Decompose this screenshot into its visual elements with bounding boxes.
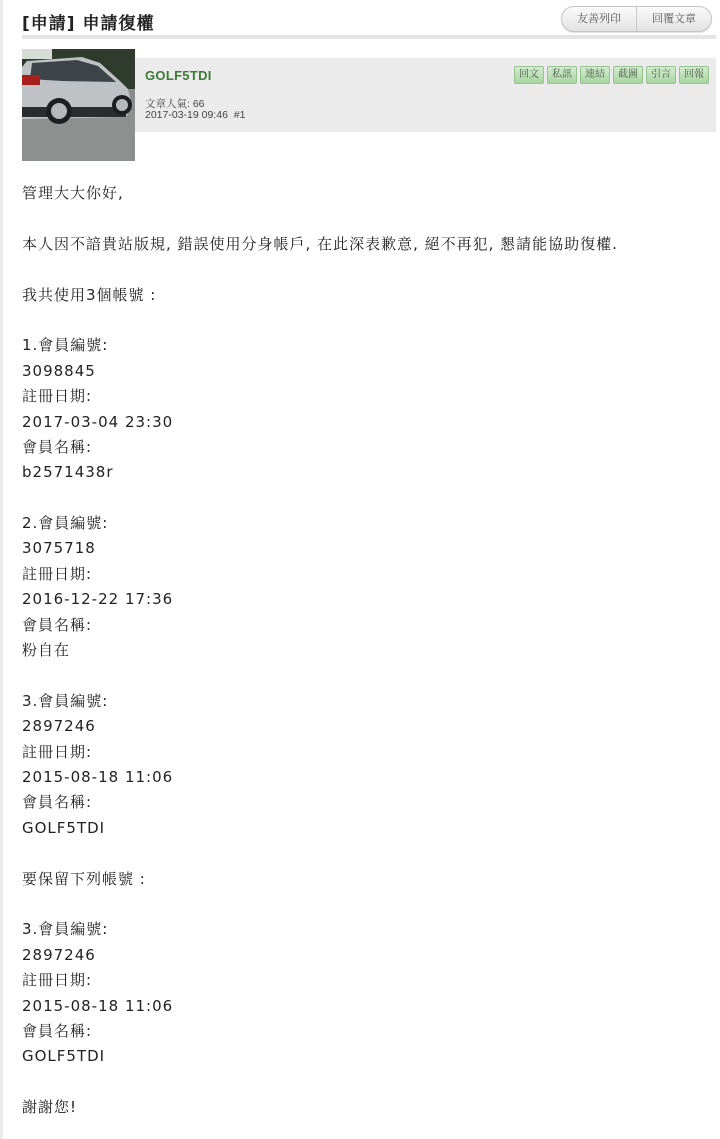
member-name: b2571438r xyxy=(22,460,720,485)
member-id: 3075718 xyxy=(22,536,720,561)
post-info-band: GOLF5TDI 文章人氣: 66 2017-03-19 09:46 #1 回文… xyxy=(135,58,716,132)
keep-account-block: 3.會員編號: 2897246 註冊日期: 2015-08-18 11:06 會… xyxy=(22,917,720,1069)
print-friendly-button[interactable]: 友善列印 xyxy=(562,7,636,31)
author-name[interactable]: GOLF5TDI xyxy=(145,68,212,83)
keep-account-intro: 要保留下列帳號 : xyxy=(22,867,720,892)
accounts-intro: 我共使用3個帳號 : xyxy=(22,283,720,308)
left-border xyxy=(0,0,3,1139)
reply-post-button[interactable]: 回文 xyxy=(514,66,544,84)
member-id: 2897246 xyxy=(22,714,720,739)
register-date-label: 註冊日期: xyxy=(22,740,720,765)
account-block-1: 1.會員編號: 3098845 註冊日期: 2017-03-04 23:30 會… xyxy=(22,333,720,485)
member-name-label: 會員名稱: xyxy=(22,435,720,460)
member-name: GOLF5TDI xyxy=(22,816,720,841)
register-date-label: 註冊日期: xyxy=(22,562,720,587)
member-id-label: 2.會員編號: xyxy=(22,511,720,536)
screenshot-button[interactable]: 截圖 xyxy=(613,66,643,84)
register-date-label: 註冊日期: xyxy=(22,384,720,409)
link-button[interactable]: 連結 xyxy=(580,66,610,84)
member-id-label: 3.會員編號: xyxy=(22,689,720,714)
post-timestamp: 2017-03-19 09:46 xyxy=(145,109,228,121)
avatar[interactable] xyxy=(22,49,135,161)
private-message-button[interactable]: 私訊 xyxy=(547,66,577,84)
member-name: 粉自在 xyxy=(22,638,720,663)
register-date-label: 註冊日期: xyxy=(22,968,720,993)
car-photo-icon xyxy=(22,49,135,161)
report-button[interactable]: 回報 xyxy=(679,66,709,84)
post-floor-number[interactable]: #1 xyxy=(234,109,246,121)
register-date: 2015-08-18 11:06 xyxy=(22,994,720,1019)
apology-text: 本人因不諳貴站版規, 錯誤使用分身帳戶, 在此深表歉意, 絕不再犯, 懇請能協助… xyxy=(22,232,720,257)
title-divider xyxy=(22,35,716,39)
member-name: GOLF5TDI xyxy=(22,1044,720,1069)
closing-text: 謝謝您! xyxy=(22,1095,720,1120)
member-name-label: 會員名稱: xyxy=(22,613,720,638)
quote-button[interactable]: 引言 xyxy=(646,66,676,84)
account-block-3: 3.會員編號: 2897246 註冊日期: 2015-08-18 11:06 會… xyxy=(22,689,720,841)
thread-header: [申請] 申請復權 友善列印 回覆文章 xyxy=(22,0,716,36)
member-name-label: 會員名稱: xyxy=(22,790,720,815)
member-id-label: 1.會員編號: xyxy=(22,333,720,358)
member-name-label: 會員名稱: xyxy=(22,1019,720,1044)
greeting: 管理大大你好, xyxy=(22,181,720,206)
register-date: 2016-12-22 17:36 xyxy=(22,587,720,612)
register-date: 2017-03-04 23:30 xyxy=(22,410,720,435)
thread-button-group: 友善列印 回覆文章 xyxy=(561,6,712,32)
account-block-2: 2.會員編號: 3075718 註冊日期: 2016-12-22 17:36 會… xyxy=(22,511,720,663)
member-id: 2897246 xyxy=(22,943,720,968)
post-body: 管理大大你好, 本人因不諳貴站版規, 錯誤使用分身帳戶, 在此深表歉意, 絕不再… xyxy=(22,181,720,1120)
post-action-buttons: 回文 私訊 連結 截圖 引言 回報 xyxy=(514,66,709,84)
member-id-label: 3.會員編號: xyxy=(22,917,720,942)
page-title: [申請] 申請復權 xyxy=(22,9,154,34)
member-id: 3098845 xyxy=(22,359,720,384)
post-timestamp-line: 2017-03-19 09:46 #1 xyxy=(145,109,245,121)
register-date: 2015-08-18 11:06 xyxy=(22,765,720,790)
reply-thread-button[interactable]: 回覆文章 xyxy=(636,7,711,31)
